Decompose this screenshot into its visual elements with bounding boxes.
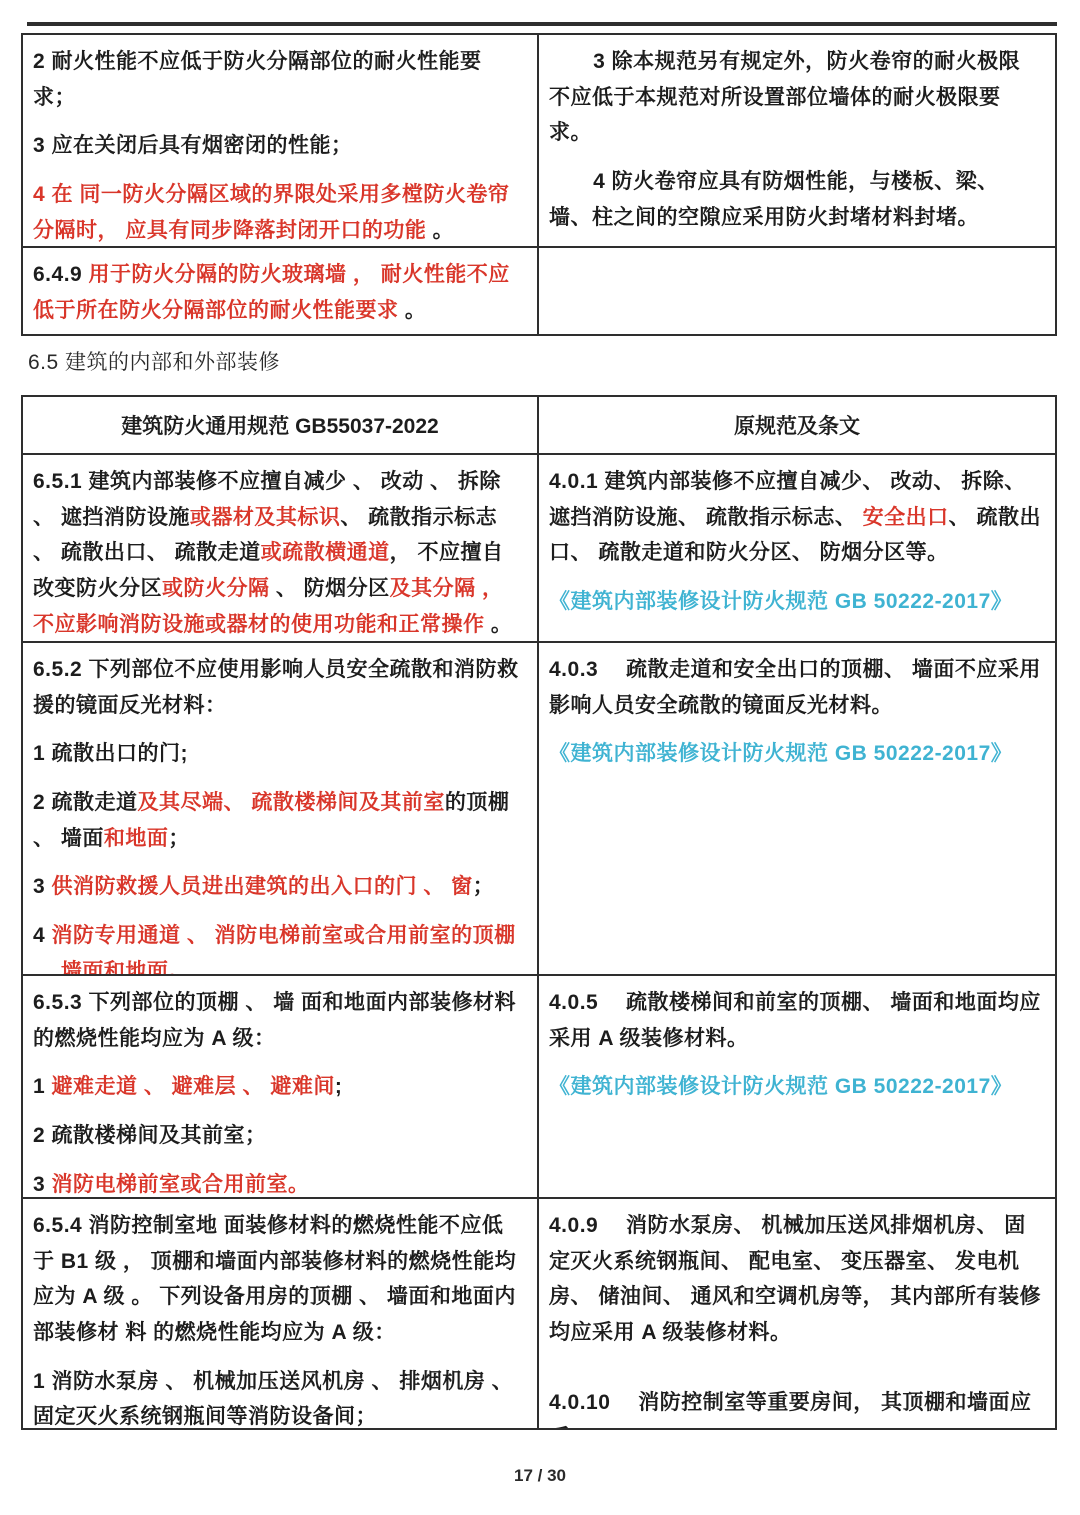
text-segment: 。: [485, 613, 513, 636]
paragraph: 4 在 同一防火分隔区域的界限处采用多樘防火卷帘分隔时， 应具有同步降落封闭开口…: [33, 177, 523, 246]
paragraph: 2 疏散走道及其尽端、 疏散楼梯间及其前室的顶棚 、 墙面和地面；: [33, 785, 523, 856]
text-segment: 3 应在关闭后具有烟密闭的性能；: [33, 134, 353, 157]
text-segment: 和地面: [104, 827, 169, 850]
table-cell-old-code: [539, 248, 1055, 334]
top-divider-line: [27, 22, 1057, 26]
table-row: 6.4.9 用于防火分隔的防火玻璃墙 ， 耐火性能不应低于所在防火分隔部位的耐火…: [23, 248, 1055, 334]
paragraph: 1 疏散出口的门;: [33, 736, 523, 772]
text-segment: 4 防火卷帘应具有防烟性能，与楼板、梁、墙、柱之间的空隙应采用防火封堵材料封堵。: [549, 170, 999, 229]
paragraph: 6.5.3 下列部位的顶棚 、 墙 面和地面内部装修材料的燃烧性能均应为 A 级…: [33, 985, 523, 1056]
text-segment: 及其尽端、 疏散楼梯间及其前室: [138, 791, 445, 814]
text-segment: 安全出口: [863, 506, 949, 529]
table-cell-old-code: 4.0.1 建筑内部装修不应擅自减少、 改动、 拆除、 遮挡消防设施、 疏散指示…: [539, 455, 1055, 641]
paragraph: 1 消防水泵房 、 机械加压送风机房 、 排烟机房 、 固定灭火系统钢瓶间等消防…: [33, 1364, 523, 1428]
paragraph: 2 疏散楼梯间及其前室；: [33, 1118, 523, 1154]
document-page: 2 耐火性能不应低于防火分隔部位的耐火性能要求；3 应在关闭后具有烟密闭的性能；…: [0, 0, 1080, 1515]
text-segment: 4: [33, 924, 52, 947]
text-segment: 6.5.2 下列部位不应使用影响人员安全疏散和消防救援的镜面反光材料：: [33, 658, 519, 717]
paragraph: 6.5.2 下列部位不应使用影响人员安全疏散和消防救援的镜面反光材料：: [33, 652, 523, 723]
paragraph: 6.4.9 用于防火分隔的防火玻璃墙 ， 耐火性能不应低于所在防火分隔部位的耐火…: [33, 257, 523, 328]
text-segment: 或防火分隔: [162, 577, 270, 600]
table-cell-new-code: 2 耐火性能不应低于防火分隔部位的耐火性能要求；3 应在关闭后具有烟密闭的性能；…: [23, 35, 539, 246]
text-segment: 2 疏散走道: [33, 791, 138, 814]
paragraph: 3 应在关闭后具有烟密闭的性能；: [33, 128, 523, 164]
text-segment: 避难走道 、 避难层 、 避难间: [52, 1075, 335, 1098]
paragraph: 4.0.5 疏散楼梯间和前室的顶棚、 墙面和地面均应采用 A 级装修材料。: [549, 985, 1041, 1056]
text-segment: 4.0.10 消防控制室等重要房间， 其顶棚和墙面应采: [549, 1391, 1032, 1428]
text-segment: 3: [33, 875, 52, 898]
table-cell-new-code: 6.5.2 下列部位不应使用影响人员安全疏散和消防救援的镜面反光材料：1 疏散出…: [23, 643, 539, 974]
text-segment: 6.4.9: [33, 263, 89, 286]
paragraph: 4.0.10 消防控制室等重要房间， 其顶棚和墙面应采: [549, 1385, 1041, 1428]
table-cell-new-code: 6.5.3 下列部位的顶棚 、 墙 面和地面内部装修材料的燃烧性能均应为 A 级…: [23, 976, 539, 1197]
table-cell-old-code: 3 除本规范另有规定外，防火卷帘的耐火极限不应低于本规范对所设置部位墙体的耐火极…: [539, 35, 1055, 246]
paragraph: 4.0.3 疏散走道和安全出口的顶棚、 墙面不应采用影响人员安全疏散的镜面反光材…: [549, 652, 1041, 723]
comparison-table-lower: 建筑防火通用规范 GB55037-2022 原规范及条文 6.5.1 建筑内部装…: [21, 395, 1057, 1430]
paragraph: 4.0.1 建筑内部装修不应擅自减少、 改动、 拆除、 遮挡消防设施、 疏散指示…: [549, 464, 1041, 571]
paragraph: 3 除本规范另有规定外，防火卷帘的耐火极限不应低于本规范对所设置部位墙体的耐火极…: [549, 44, 1041, 151]
paragraph: 2 耐火性能不应低于防火分隔部位的耐火性能要求；: [33, 44, 523, 115]
text-segment: 4.0.3 疏散走道和安全出口的顶棚、 墙面不应采用影响人员安全疏散的镜面反光材…: [549, 658, 1041, 717]
text-segment: 或疏散横通道: [261, 541, 390, 564]
table-cell-new-code: 6.5.4 消防控制室地 面装修材料的燃烧性能不应低于 B1 级 ， 顶棚和墙面…: [23, 1199, 539, 1428]
text-segment: 供消防救援人员进出建筑的出入口的门 、 窗: [52, 875, 473, 898]
comparison-table-upper: 2 耐火性能不应低于防火分隔部位的耐火性能要求；3 应在关闭后具有烟密闭的性能；…: [21, 33, 1057, 336]
section-heading: 6.5 建筑的内部和外部装修: [28, 346, 280, 376]
paragraph: 4 防火卷帘应具有防烟性能，与楼板、梁、墙、柱之间的空隙应采用防火封堵材料封堵。: [549, 164, 1041, 235]
table-header-new-code: 建筑防火通用规范 GB55037-2022: [23, 397, 539, 453]
text-segment: ；: [168, 827, 190, 850]
text-segment: 。: [426, 219, 454, 242]
table-cell-old-code: 4.0.9 消防水泵房、 机械加压送风排烟机房、 固定灭火系统钢瓶间、 配电室、…: [539, 1199, 1055, 1428]
text-segment: 《建筑内部装修设计防火规范 GB 50222-2017》: [549, 1075, 1012, 1098]
text-segment: 《建筑内部装修设计防火规范 GB 50222-2017》: [549, 742, 1012, 765]
paragraph: 4 消防专用通道 、 消防电梯前室或合用前室的顶棚 、 墙面和地面。: [33, 918, 523, 974]
text-segment: 2 耐火性能不应低于防火分隔部位的耐火性能要求；: [33, 50, 482, 109]
table-header-row: 建筑防火通用规范 GB55037-2022 原规范及条文: [23, 397, 1055, 455]
paragraph: 1 避难走道 、 避难层 、 避难间;: [33, 1069, 523, 1105]
text-segment: 6.5.4 消防控制室地 面装修材料的燃烧性能不应低于 B1 级 ， 顶棚和墙面…: [33, 1214, 516, 1344]
text-segment: ；: [473, 875, 495, 898]
text-segment: 3: [33, 1173, 52, 1196]
text-segment: 《建筑内部装修设计防火规范 GB 50222-2017》: [549, 590, 1012, 613]
text-segment: 1 消防水泵房 、 机械加压送风机房 、 排烟机房 、 固定灭火系统钢瓶间等消防…: [33, 1370, 513, 1428]
text-segment: 1 疏散出口的门;: [33, 742, 188, 765]
paragraph: 6.5.1 建筑内部装修不应擅自减少 、 改动 、 拆除 、 遮挡消防设施或器材…: [33, 464, 523, 641]
table-row: 6.5.4 消防控制室地 面装修材料的燃烧性能不应低于 B1 级 ， 顶棚和墙面…: [23, 1199, 1055, 1428]
text-segment: 4.0.9 消防水泵房、 机械加压送风排烟机房、 固定灭火系统钢瓶间、 配电室、…: [549, 1214, 1041, 1344]
table-cell-new-code: 6.4.9 用于防火分隔的防火玻璃墙 ， 耐火性能不应低于所在防火分隔部位的耐火…: [23, 248, 539, 334]
text-segment: 消防专用通道 、 消防电梯前室或合用前室的顶棚 、 墙面和地面。: [33, 924, 516, 974]
paragraph: 《建筑内部装修设计防火规范 GB 50222-2017》: [549, 736, 1041, 772]
table-row: 6.5.1 建筑内部装修不应擅自减少 、 改动 、 拆除 、 遮挡消防设施或器材…: [23, 455, 1055, 643]
paragraph: 4.0.9 消防水泵房、 机械加压送风排烟机房、 固定灭火系统钢瓶间、 配电室、…: [549, 1208, 1041, 1351]
paragraph: 《建筑内部装修设计防火规范 GB 50222-2017》: [549, 1069, 1041, 1105]
text-segment: 2 疏散楼梯间及其前室；: [33, 1124, 267, 1147]
table-row: 6.5.3 下列部位的顶棚 、 墙 面和地面内部装修材料的燃烧性能均应为 A 级…: [23, 976, 1055, 1199]
paragraph: 3 供消防救援人员进出建筑的出入口的门 、 窗；: [33, 869, 523, 905]
text-segment: 4.0.5 疏散楼梯间和前室的顶棚、 墙面和地面均应采用 A 级装修材料。: [549, 991, 1041, 1050]
paragraph: 《建筑内部装修设计防火规范 GB 50222-2017》: [549, 584, 1041, 620]
paragraph: 3 消防电梯前室或合用前室。: [33, 1167, 523, 1197]
text-segment: 。: [399, 299, 427, 322]
table-cell-old-code: 4.0.3 疏散走道和安全出口的顶棚、 墙面不应采用影响人员安全疏散的镜面反光材…: [539, 643, 1055, 974]
paragraph: 6.5.4 消防控制室地 面装修材料的燃烧性能不应低于 B1 级 ， 顶棚和墙面…: [33, 1208, 523, 1351]
table-row: 2 耐火性能不应低于防火分隔部位的耐火性能要求；3 应在关闭后具有烟密闭的性能；…: [23, 35, 1055, 248]
table-row: 6.5.2 下列部位不应使用影响人员安全疏散和消防救援的镜面反光材料：1 疏散出…: [23, 643, 1055, 976]
text-segment: ;: [335, 1075, 343, 1098]
text-segment: 消防电梯前室或合用前室。: [52, 1173, 310, 1196]
text-segment: 6.5.3 下列部位的顶棚 、 墙 面和地面内部装修材料的燃烧性能均应为 A 级…: [33, 991, 516, 1050]
text-segment: 用于防火分隔的防火玻璃墙 ， 耐火性能不应低于所在防火分隔部位的耐火性能要求: [33, 263, 510, 322]
text-segment: 或器材及其标识: [190, 506, 341, 529]
text-segment: 3 除本规范另有规定外，防火卷帘的耐火极限不应低于本规范对所设置部位墙体的耐火极…: [549, 50, 1020, 144]
text-segment: 1: [33, 1075, 52, 1098]
text-segment: 、 防烟分区: [270, 577, 390, 600]
page-number: 17 / 30: [0, 1466, 1080, 1486]
table-cell-old-code: 4.0.5 疏散楼梯间和前室的顶棚、 墙面和地面均应采用 A 级装修材料。《建筑…: [539, 976, 1055, 1197]
table-header-old-code: 原规范及条文: [539, 397, 1055, 453]
table-cell-new-code: 6.5.1 建筑内部装修不应擅自减少 、 改动 、 拆除 、 遮挡消防设施或器材…: [23, 455, 539, 641]
